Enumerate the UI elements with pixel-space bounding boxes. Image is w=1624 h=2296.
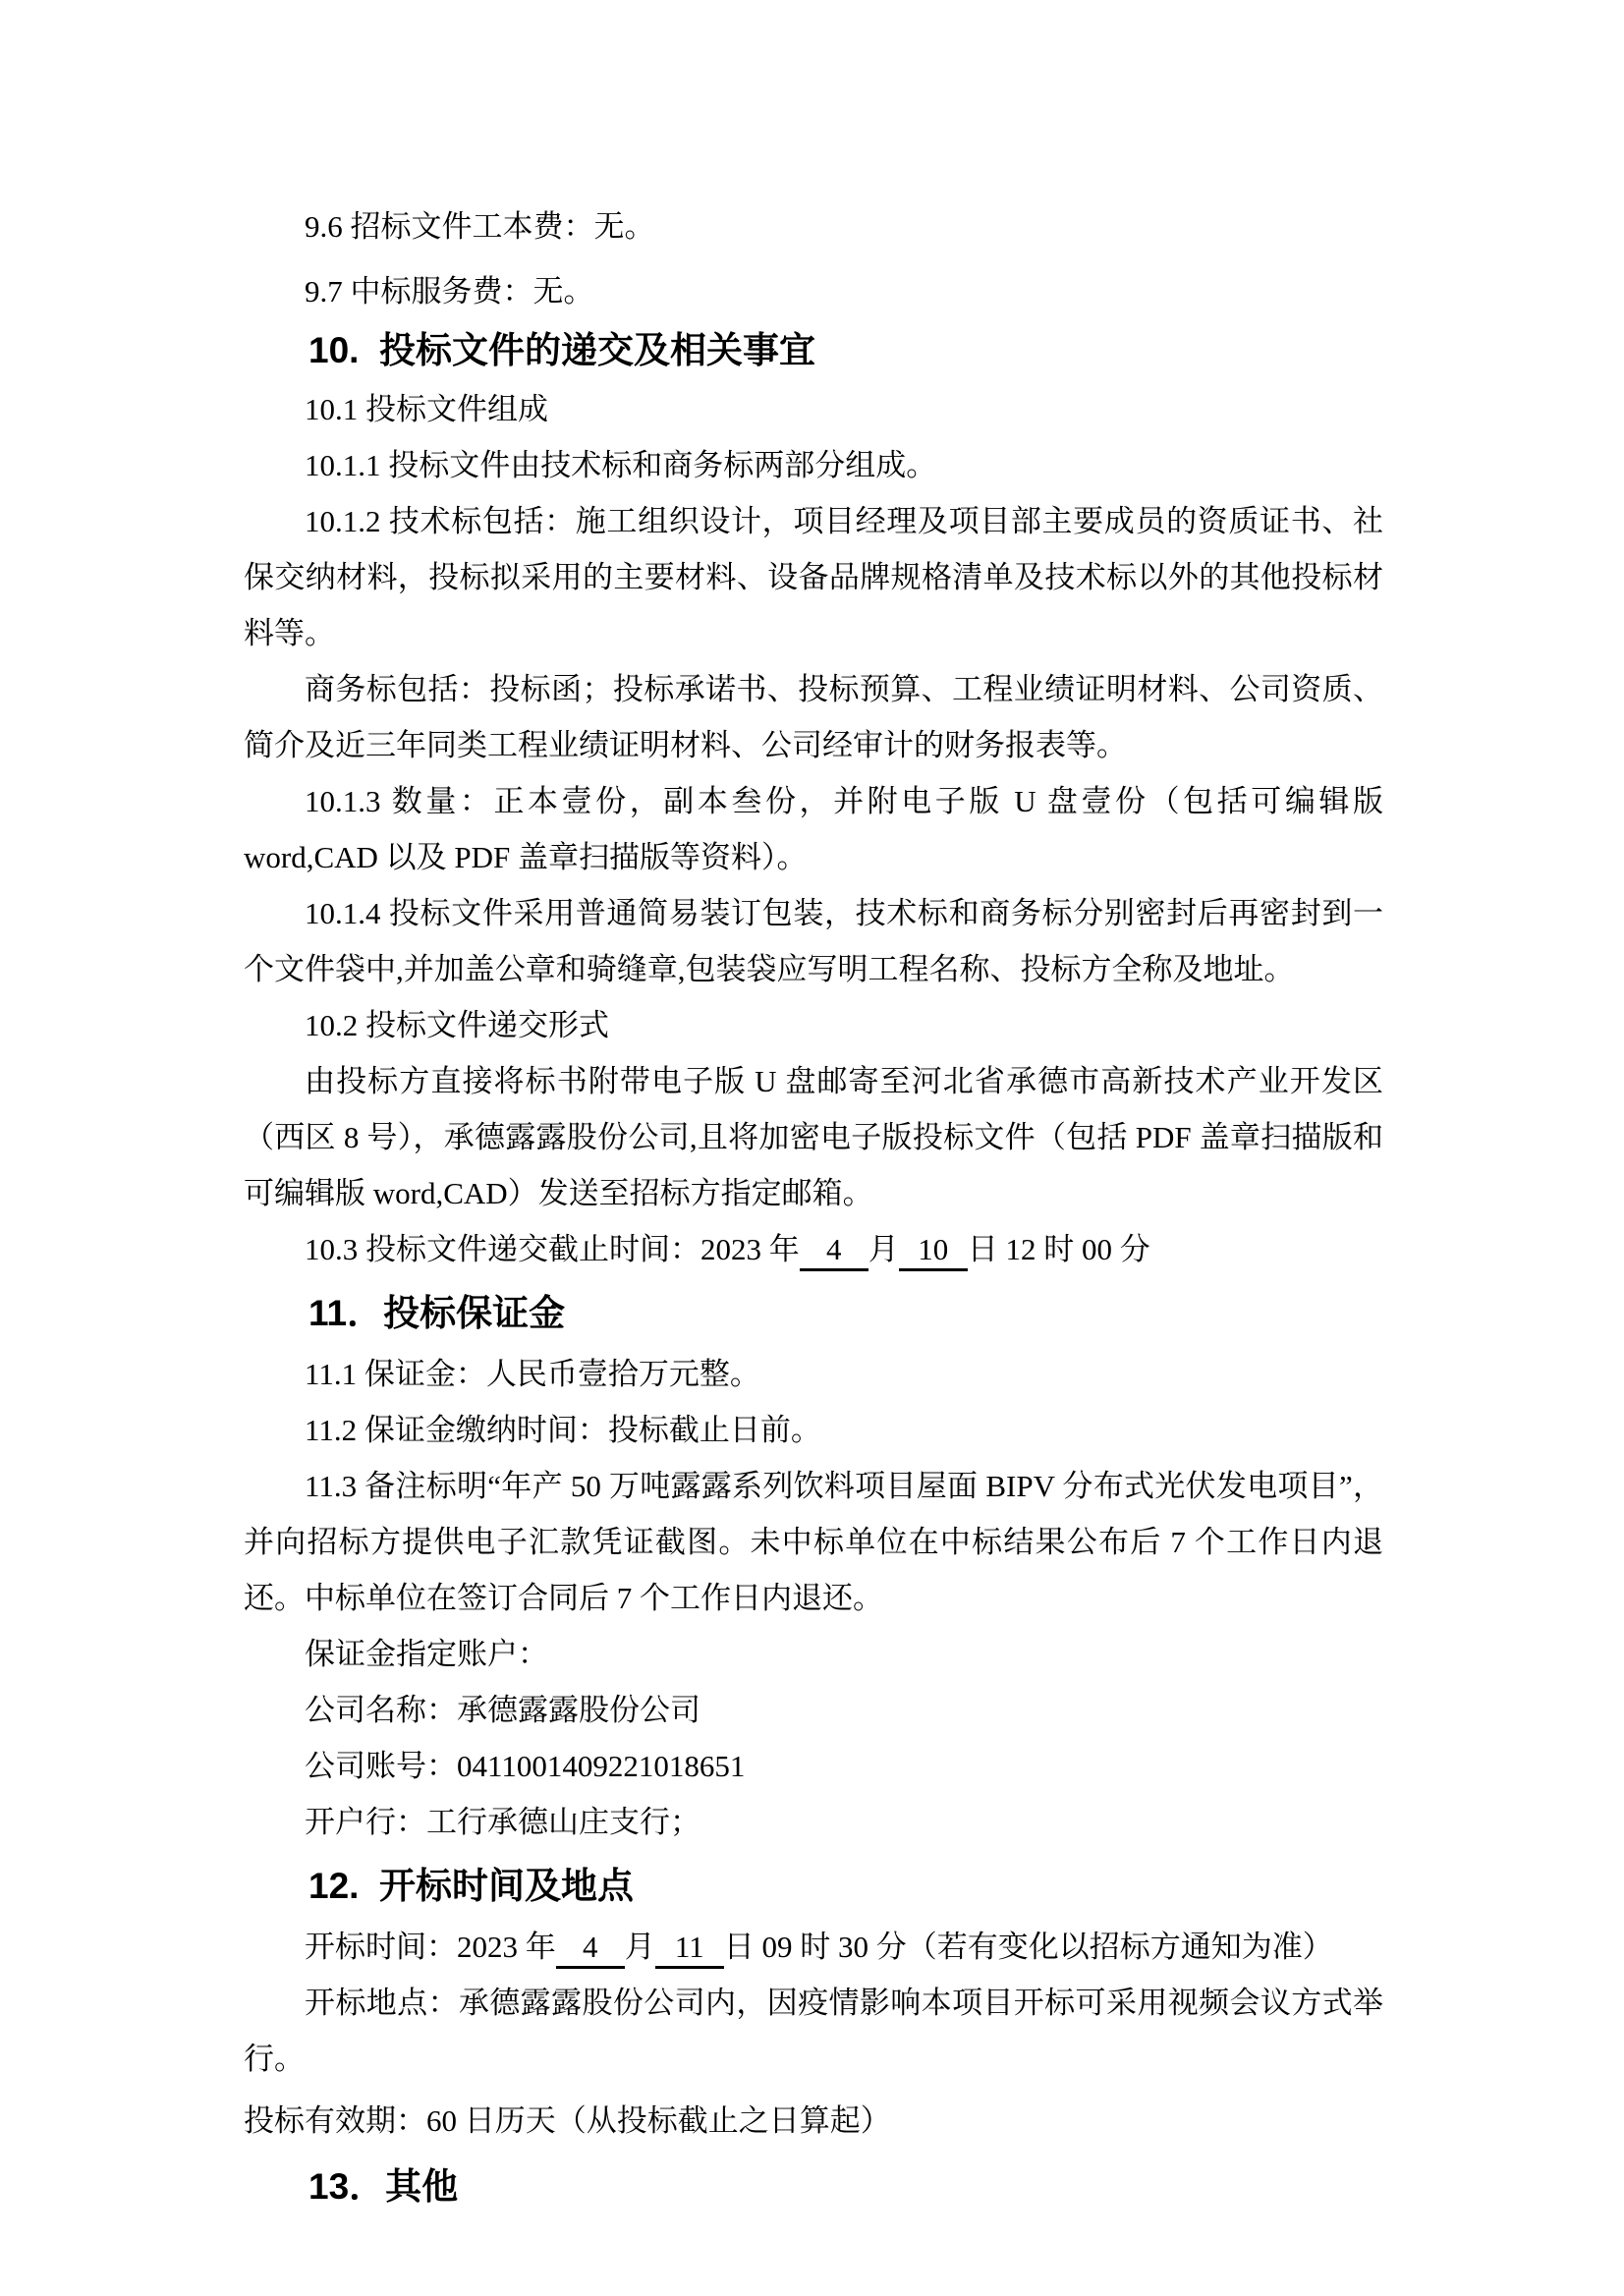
para-opening-time: 开标时间：2023 年4月11日 09 时 30 分（若有变化以招标方通知为准） — [244, 1919, 1383, 1975]
para-10-3-deadline: 10.3 投标文件递交截止时间：2023 年4月10日 12 时 00 分 — [244, 1221, 1383, 1277]
para-opening-place: 开标地点：承德露露股份公司内，因疫情影响本项目开标可采用视频会议方式举行。 — [244, 1975, 1383, 2087]
heading-13-other: 13．其他 — [244, 2164, 1383, 2210]
opening-time-prefix: 开标时间：2023 年 — [305, 1930, 556, 1964]
para-10-1-3: 10.1.3 数量：正本壹份，副本叁份，并附电子版 U 盘壹份（包括可编辑版 w… — [244, 773, 1383, 885]
para-company-name: 公司名称：承德露露股份公司 — [244, 1682, 1383, 1738]
heading-11-bid-bond: 11．投标保证金 — [244, 1291, 1383, 1336]
opening-day-blank: 11 — [655, 1929, 724, 1969]
para-11-1: 11.1 保证金：人民币壹拾万元整。 — [244, 1346, 1383, 1402]
opening-month-blank: 4 — [556, 1929, 625, 1969]
para-business-bid: 商务标包括：投标函；投标承诺书、投标预算、工程业绩证明材料、公司资质、简介及近三… — [244, 661, 1383, 773]
deadline-mid: 月 — [868, 1232, 899, 1266]
para-10-1: 10.1 投标文件组成 — [244, 381, 1383, 437]
para-9-6: 9.6 招标文件工本费：无。 — [244, 198, 1383, 254]
para-company-account: 公司账号：0411001409221018651 — [244, 1738, 1383, 1794]
opening-time-suffix: 日 09 时 30 分（若有变化以招标方通知为准） — [724, 1930, 1333, 1964]
deadline-suffix: 日 12 时 00 分 — [968, 1232, 1150, 1266]
deadline-month-blank: 4 — [800, 1231, 868, 1271]
para-11-3: 11.3 备注标明“年产 50 万吨露露系列饮料项目屋面 BIPV 分布式光伏发… — [244, 1458, 1383, 1626]
para-10-1-4: 10.1.4 投标文件采用普通简易装订包装，技术标和商务标分别密封后再密封到一个… — [244, 885, 1383, 997]
para-9-7: 9.7 中标服务费：无。 — [244, 263, 1383, 319]
deadline-day-blank: 10 — [899, 1231, 968, 1271]
deadline-prefix: 10.3 投标文件递交截止时间：2023 年 — [305, 1232, 800, 1266]
para-10-2: 10.2 投标文件递交形式 — [244, 997, 1383, 1053]
para-10-1-1: 10.1.1 投标文件由技术标和商务标两部分组成。 — [244, 437, 1383, 493]
para-11-2: 11.2 保证金缴纳时间：投标截止日前。 — [244, 1402, 1383, 1458]
para-account-title: 保证金指定账户： — [244, 1626, 1383, 1682]
heading-12-opening: 12. 开标时间及地点 — [244, 1864, 1383, 1909]
para-bid-validity: 投标有效期：60 日历天（从投标截止之日算起） — [244, 2093, 1383, 2149]
para-10-1-2: 10.1.2 技术标包括：施工组织设计，项目经理及项目部主要成员的资质证书、社保… — [244, 493, 1383, 661]
document-page: 9.6 招标文件工本费：无。 9.7 中标服务费：无。 10. 投标文件的递交及… — [0, 0, 1624, 2296]
heading-10-bid-submission: 10. 投标文件的递交及相关事宜 — [244, 328, 1383, 373]
opening-time-mid: 月 — [625, 1930, 655, 1964]
para-delivery-method: 由投标方直接将标书附带电子版 U 盘邮寄至河北省承德市高新技术产业开发区（西区 … — [244, 1053, 1383, 1221]
para-bank: 开户行：工行承德山庄支行； — [244, 1794, 1383, 1850]
